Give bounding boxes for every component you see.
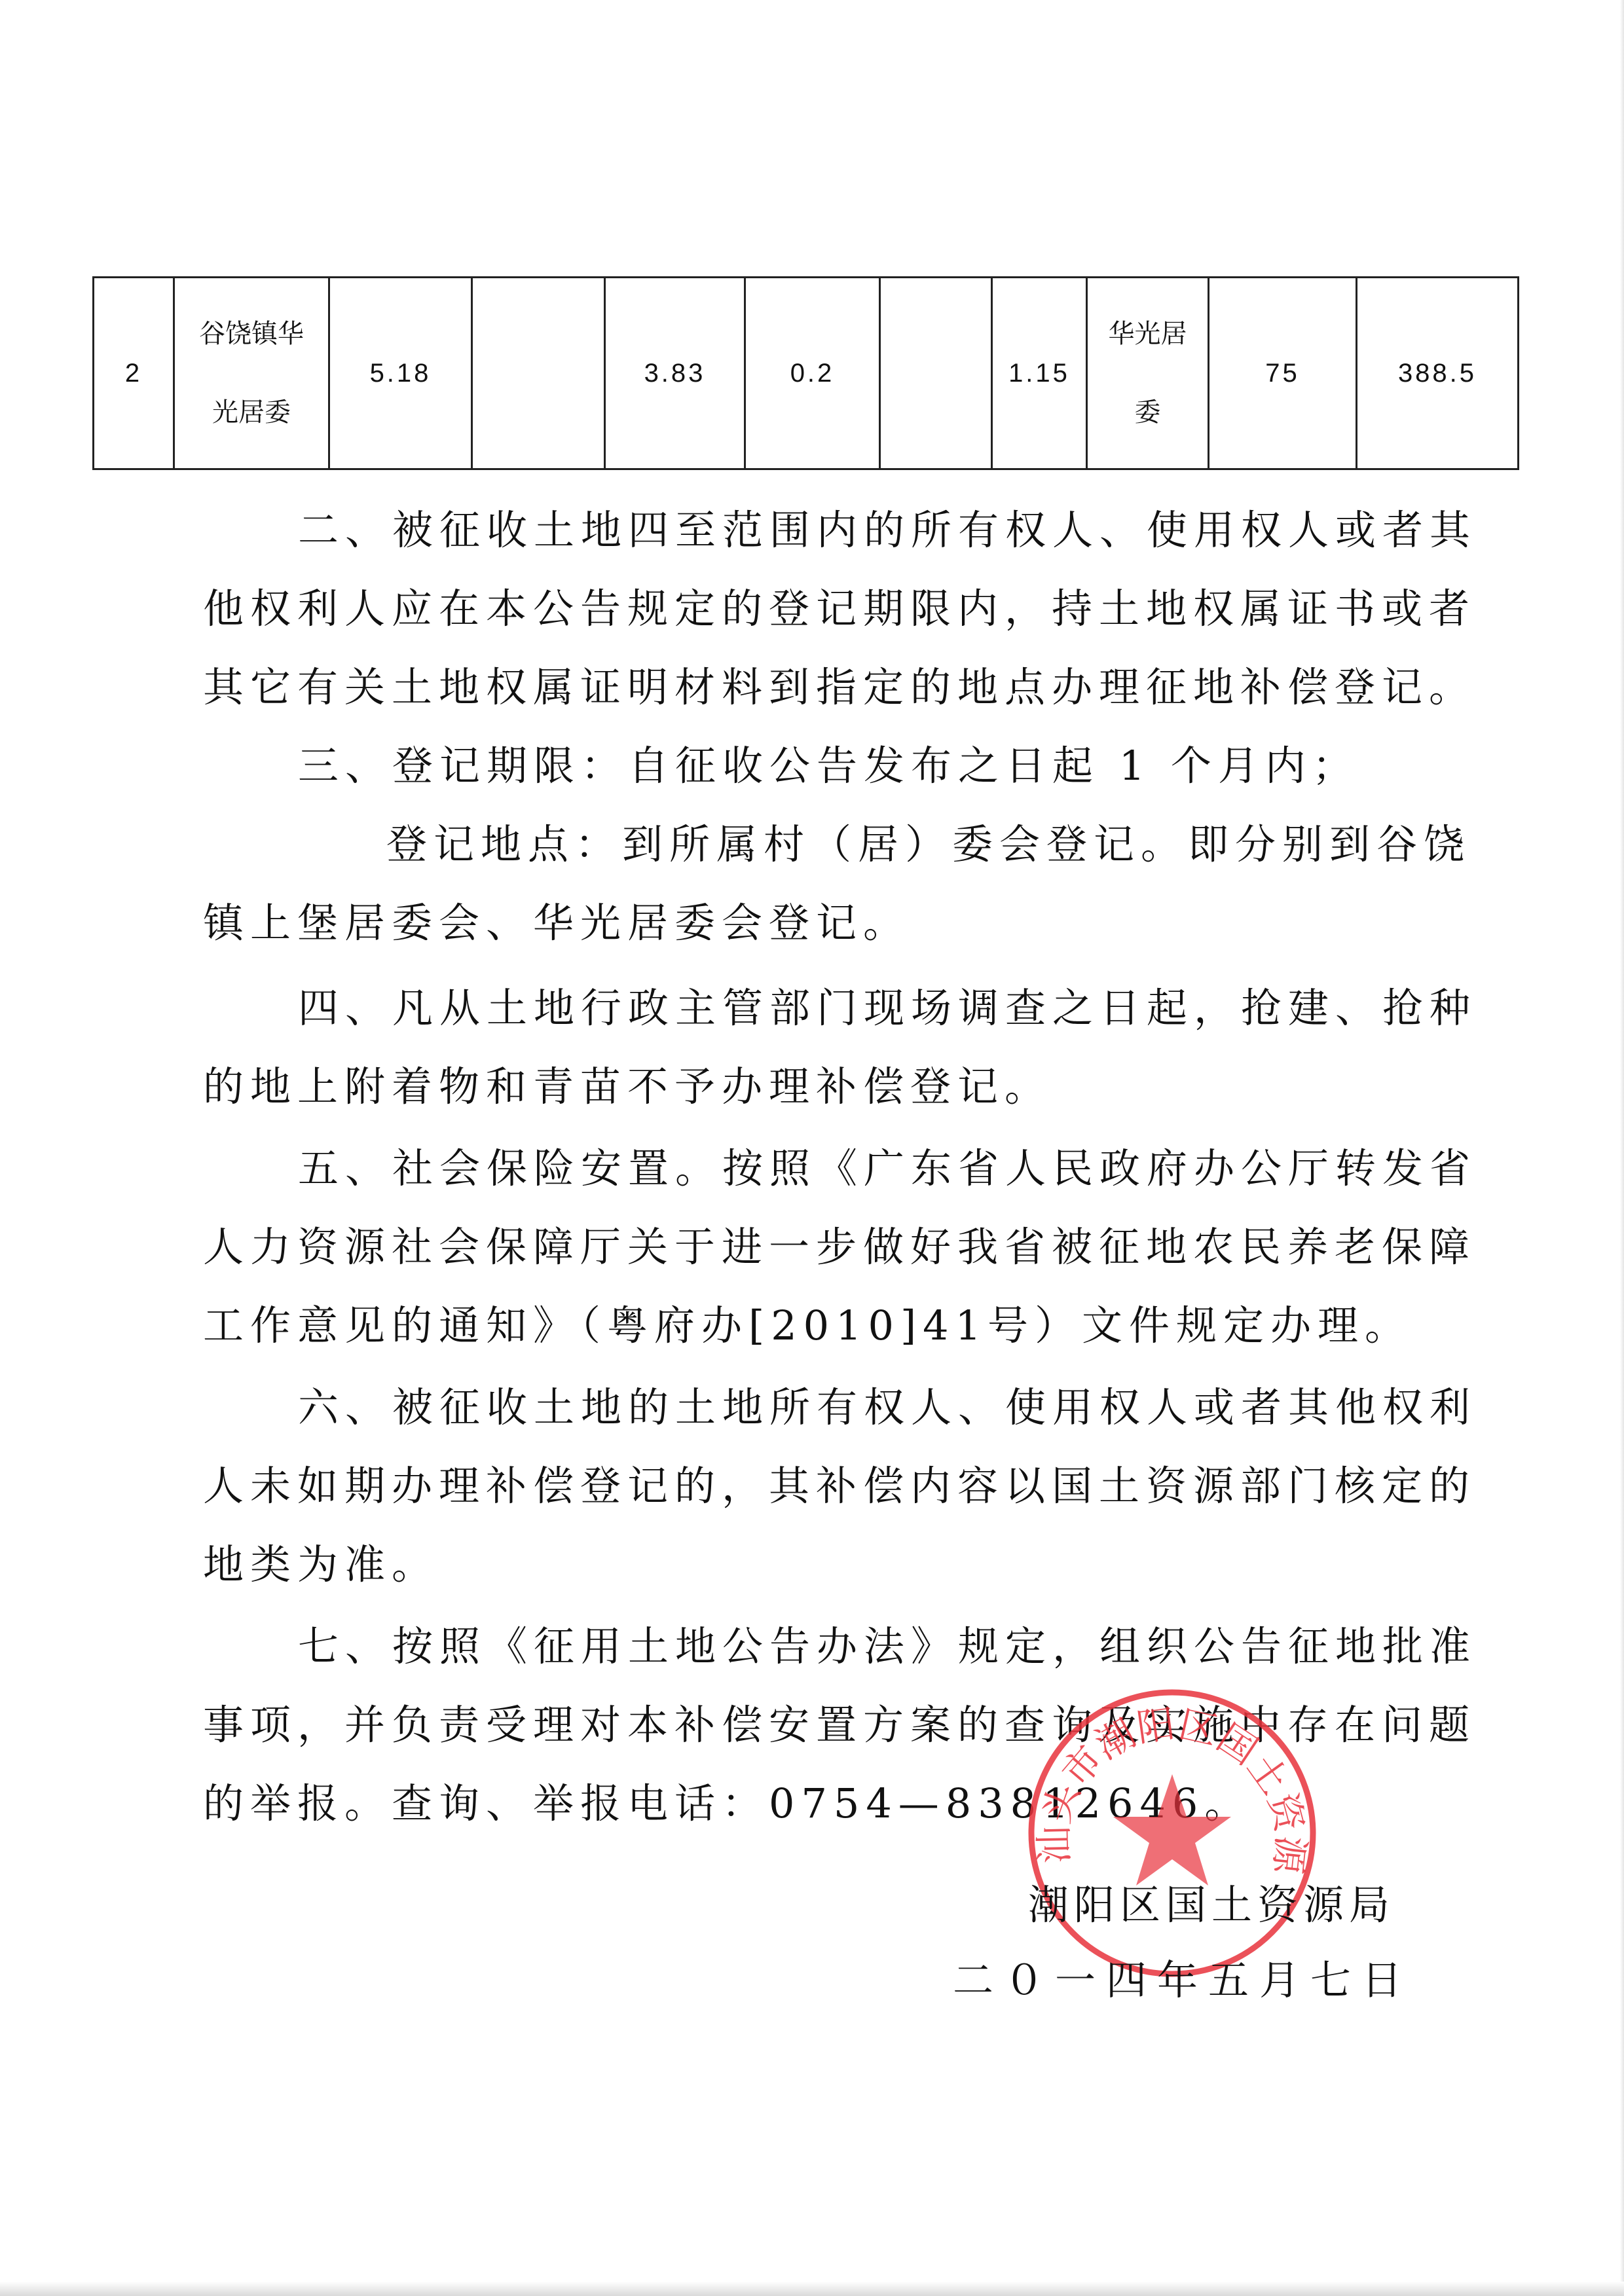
paragraph-line: 的举报。查询、举报电话：0754—83812646。	[203, 1771, 1251, 1829]
total-area-cell: 5.18	[329, 278, 472, 469]
paragraph-line: 七、按照《征用土地公告办法》规定，组织公告征地批准	[298, 1614, 1477, 1672]
paragraph-line: 其它有关土地权属证明材料到指定的地点办理征地补偿登记。	[203, 655, 1476, 713]
row-index: 2	[94, 278, 174, 469]
table-cell: 1.15	[992, 278, 1087, 469]
paragraph-line: 人力资源社会保障厅关于进一步做好我省被征地农民养老保障	[203, 1214, 1476, 1273]
signing-organization: 潮阳区国土资源局	[1028, 1872, 1395, 1931]
paragraph-line: 登记地点：到所属村（居）委会登记。即分别到谷饶	[386, 812, 1471, 870]
page-bottom-shadow	[0, 2282, 1624, 2296]
owner-line: 委	[1088, 373, 1208, 452]
document-page: 2 谷饶镇华 光居委 5.18 3.83 0.2 1.15 华光居 委 75 3…	[0, 0, 1624, 2296]
paragraph-line: 镇上堡居委会、华光居委会登记。	[203, 890, 910, 949]
paragraph-line: 二、被征收土地四至范围内的所有权人、使用权人或者其	[298, 498, 1477, 556]
table-cell: 388.5	[1357, 278, 1519, 469]
owner-line: 华光居	[1088, 295, 1208, 373]
location-cell: 谷饶镇华 光居委	[174, 278, 329, 469]
paragraph-line: 工作意见的通知》（粤府办[2010]41号）文件规定办理。	[203, 1293, 1412, 1351]
paragraph-line: 他权利人应在本公告规定的登记期限内，持土地权属证书或者	[203, 576, 1476, 634]
signing-date: 二０一四年五月七日	[953, 1948, 1412, 2006]
table-cell	[472, 278, 605, 469]
land-acquisition-table: 2 谷饶镇华 光居委 5.18 3.83 0.2 1.15 华光居 委 75 3…	[92, 276, 1519, 470]
table-cell: 75	[1209, 278, 1357, 469]
location-line: 光居委	[175, 373, 328, 452]
paragraph-line: 五、社会保险安置。按照《广东省人民政府办公厅转发省	[298, 1136, 1477, 1194]
paragraph-line: 地类为准。	[203, 1532, 439, 1590]
table-cell	[880, 278, 992, 469]
paragraph-line: 四、凡从土地行政主管部门现场调查之日起，抢建、抢种	[298, 975, 1477, 1034]
paragraph-line: 六、被征收土地的土地所有权人、使用权人或者其他权利	[298, 1375, 1477, 1433]
table-row: 2 谷饶镇华 光居委 5.18 3.83 0.2 1.15 华光居 委 75 3…	[94, 278, 1519, 469]
paragraph-line: 的地上附着物和青苗不予办理补偿登记。	[203, 1054, 1052, 1112]
location-line: 谷饶镇华	[175, 295, 328, 373]
page-edge	[1620, 0, 1624, 2296]
paragraph-line: 三、登记期限：自征收公告发布之日起 1 个月内；	[298, 733, 1359, 792]
paragraph-line: 事项，并负责受理对本补偿安置方案的查询及实施中存在问题	[203, 1692, 1476, 1751]
paragraph-line: 人未如期办理补偿登记的，其补偿内容以国土资源部门核定的	[203, 1453, 1476, 1512]
table-cell: 0.2	[745, 278, 880, 469]
owner-cell: 华光居 委	[1087, 278, 1209, 469]
table-cell: 3.83	[605, 278, 745, 469]
